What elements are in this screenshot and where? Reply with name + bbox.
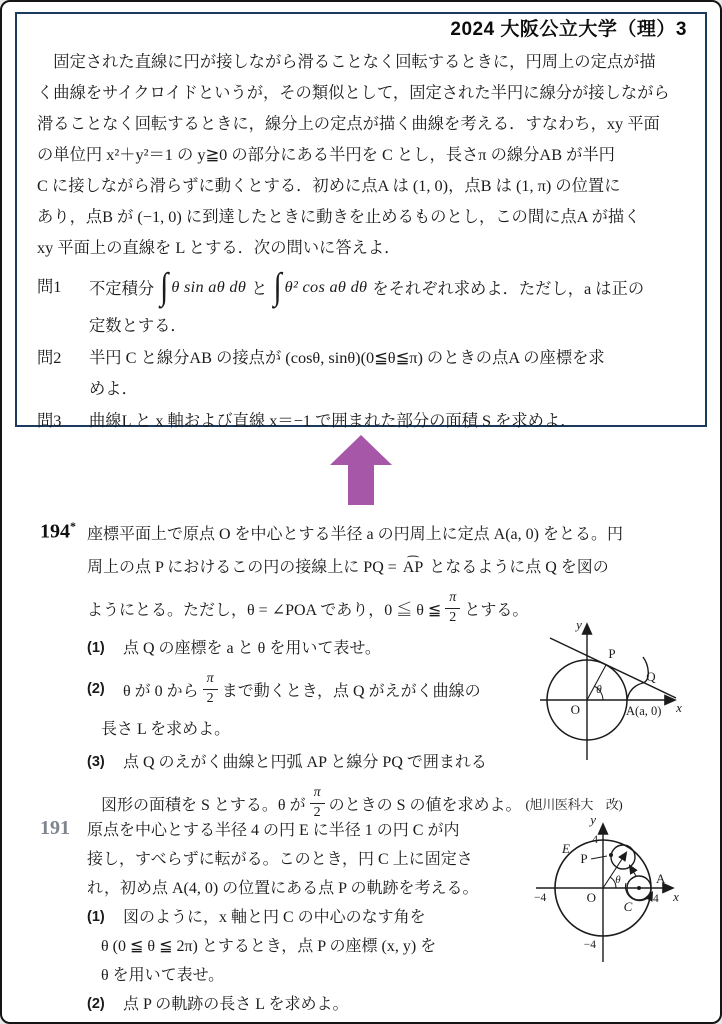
label-minus4-bottom: −4 — [584, 939, 596, 951]
question-2-label: 問2 — [37, 342, 89, 404]
problem-194-body-line: 座標平面上で原点 O を中心とする半径 a の円周上に定点 A(a, 0) をと… — [87, 518, 722, 551]
item-1-label: (1) — [87, 632, 123, 665]
up-arrow-icon — [330, 435, 392, 505]
item-3-label: (3) — [87, 746, 123, 779]
statement-line: C に接しながら滑らずに動くとする．初めに点A は (1, 0)，点B は (1… — [37, 170, 691, 201]
label-Q: Q — [646, 669, 656, 684]
question-1: 問1 不定積分 ∫ θ sin aθ dθ と ∫ θ² cos aθ dθ を… — [37, 264, 691, 341]
statement-line: の単位円 x²＋y²＝1 の y≧0 の部分にある半円を C とし，長さπ の線… — [37, 139, 691, 170]
statement-line: 固定された直線に円が接しながら滑ることなく回転するときに，円周上の定点が描 — [37, 46, 691, 77]
label-O: O — [571, 702, 580, 717]
label-theta: θ — [615, 874, 621, 886]
asterisk: * — [70, 519, 76, 533]
point-P-dot — [609, 853, 613, 857]
problem-191: 191 原点を中心とする半径 4 の円 E に半径 1 の円 C が内 接し，す… — [2, 816, 722, 1019]
label-O: O — [587, 890, 596, 905]
P-leader-line — [591, 856, 607, 859]
question-3: 問3 曲線L と x 軸および直線 x＝−1 で囲まれた部分の面積 S を求めよ… — [37, 405, 691, 436]
label-x: x — [672, 889, 679, 904]
problem-194-number: 194* — [40, 519, 76, 544]
label-P: P — [608, 646, 615, 661]
item-2-label: (2) — [87, 990, 123, 1019]
involute-curve — [627, 657, 648, 700]
rolling-direction-arrow — [630, 866, 636, 876]
label-theta: θ — [596, 684, 602, 696]
item-2-label: (2) — [87, 681, 123, 697]
problem-194: 194* 座標平面上で原点 O を中心とする半径 a の円周上に定点 A(a, … — [2, 518, 722, 827]
label-A: A(a, 0) — [626, 704, 661, 718]
question-1-line2: 定数とする． — [89, 310, 691, 341]
label-y: y — [588, 812, 596, 827]
statement-line: く曲線をサイクロイドというが，その類似として，固定された半円に線分が接しながら — [37, 77, 691, 108]
label-A: A — [656, 871, 666, 886]
label-E: E — [561, 841, 570, 856]
label-y: y — [574, 617, 582, 632]
question-1-label: 問1 — [37, 264, 89, 341]
question-2: 問2 半円 C と線分AB の接点が (cosθ, sinθ)(0≦θ≦π) の… — [37, 342, 691, 404]
figure-194: y P Q θ O A(a, 0) x — [538, 614, 688, 764]
circle-C-center-dot — [637, 886, 641, 890]
label-minus4-left: −4 — [534, 892, 546, 904]
problem-statement: 固定された直線に円が接しながら滑ることなく回転するときに，円周上の定点が描 く曲… — [37, 46, 691, 263]
problem-source: (旭川医科大 改) — [526, 794, 623, 813]
label-C: C — [624, 899, 633, 914]
arrow-area — [2, 435, 720, 505]
textbook-page: 2024 大阪公立大学（理）3 固定された直線に円が接しながら滑ることなく回転す… — [0, 0, 722, 1024]
integral-sign: ∫ — [273, 268, 281, 306]
label-x: x — [675, 700, 682, 715]
figure-191: y 4 E P θ O −4 A 4 x C −4 — [532, 812, 684, 970]
label-P: P — [580, 851, 587, 866]
problem-191-number: 191 — [40, 817, 70, 840]
label-4-top: 4 — [592, 834, 598, 846]
statement-line: 滑ることなく回転するときに，線分上の定点が描く曲線を考える．すなわち，xy 平面 — [37, 108, 691, 139]
arc-symbol: ⌢ — [406, 540, 420, 573]
statement-line: xy 平面上の直線を L とする．次の問いに答えよ． — [37, 232, 691, 263]
question-3-label: 問3 — [37, 405, 89, 436]
problem-194-body-line: 周上の点 P におけるこの円の接線上に PQ = ⌢AP となるように点 Q を… — [87, 551, 722, 584]
statement-line: あり，点B が (−1, 0) に到達したときに動きを止めるものとし，この間に点… — [37, 201, 691, 232]
problem-191-item-2: (2) 点 P の軌跡の長さ L を求めよ。 — [87, 990, 722, 1019]
fraction-pi-over-2: π2 — [445, 590, 460, 625]
item-1-label: (1) — [87, 903, 123, 932]
fraction-pi-over-2: π2 — [203, 671, 218, 706]
arc-AP: ⌢AP — [403, 551, 423, 584]
label-4-right: 4 — [653, 893, 659, 905]
exam-problem-box: 2024 大阪公立大学（理）3 固定された直線に円が接しながら滑ることなく回転す… — [15, 12, 707, 427]
integral-sign: ∫ — [160, 268, 168, 306]
page-title: 2024 大阪公立大学（理）3 — [37, 17, 691, 43]
question-1-integrals: 不定積分 ∫ θ sin aθ dθ と ∫ θ² cos aθ dθ をそれぞ… — [89, 264, 691, 310]
